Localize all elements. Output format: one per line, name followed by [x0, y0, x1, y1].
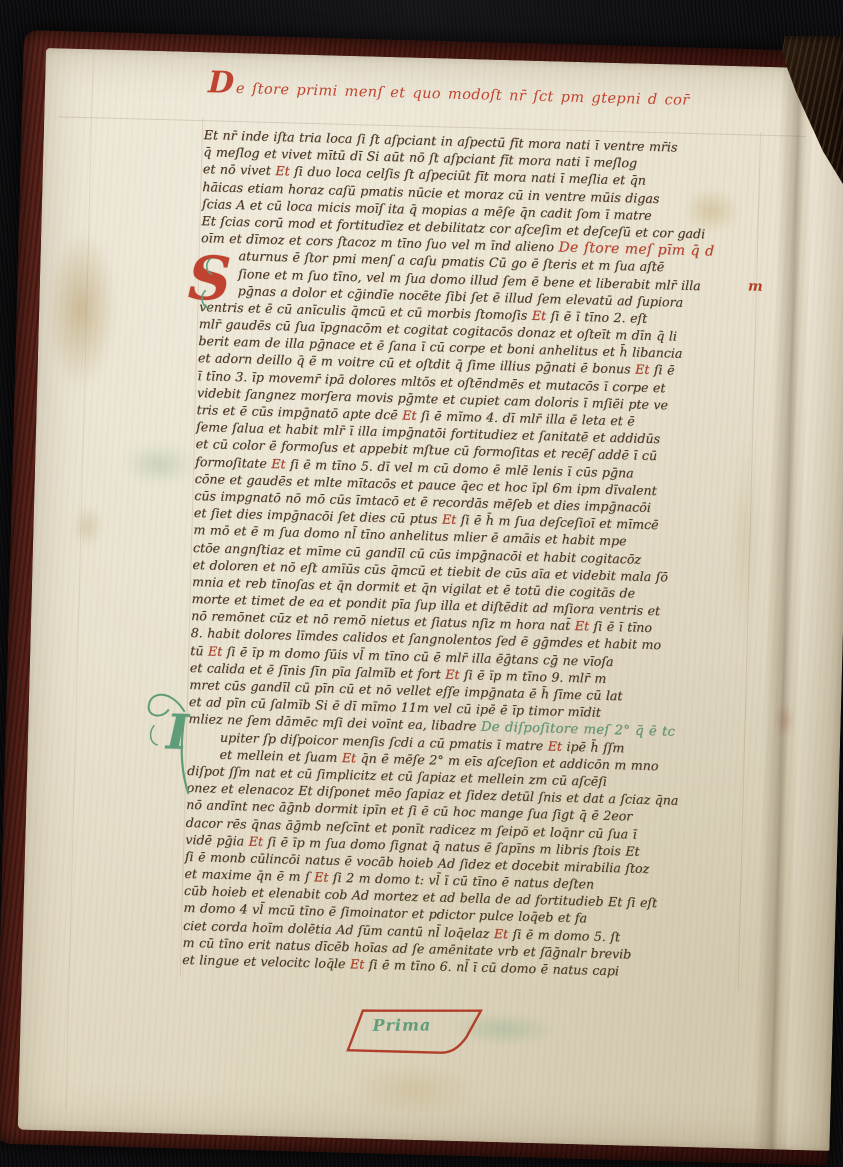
- stain: [71, 504, 104, 549]
- text-segment: et lingue et velocitc loq̄le: [182, 952, 350, 971]
- ruling-line: [65, 53, 94, 1109]
- rubric-segment: Et: [442, 512, 457, 527]
- rubric-segment: Et: [208, 643, 223, 658]
- text-segment: ipē h̄ ſſm: [562, 738, 625, 755]
- offset-smudge-green: [123, 442, 196, 486]
- text-block: Et nr̄ inde iſta tria loca ſi ſt aſpcian…: [182, 126, 766, 983]
- initial-saturn: S: [187, 242, 232, 317]
- rubric-segment: Et: [494, 926, 509, 941]
- rubric-segment: Et: [532, 308, 547, 323]
- rubric-segment: Et: [275, 163, 290, 178]
- stain: [43, 228, 119, 390]
- rubric-segment: Et: [575, 618, 590, 633]
- text-segment: ſi ē ī tīno: [589, 619, 652, 636]
- text-segment: ſi ē ī tīno 2. eſt: [546, 308, 648, 326]
- rubric-segment: Et: [548, 738, 563, 753]
- rubric-segment: Et: [635, 362, 650, 377]
- text-segment: ſi ē: [649, 362, 675, 378]
- rubric-segment: Et: [314, 869, 329, 884]
- photo-backdrop: De ſtore primi menſ et quo modoſt nr̄ ſc…: [0, 0, 843, 1167]
- rubric-segment: Et: [350, 956, 365, 971]
- catchword-text: Prima: [372, 1015, 431, 1036]
- stain: [346, 1062, 482, 1118]
- text-segment: tū: [190, 643, 208, 658]
- text-segment: et mellein et ſuam: [219, 747, 342, 765]
- catchword-banner: Prima: [338, 1004, 491, 1062]
- text-segment: et nō vivet: [203, 162, 276, 179]
- text-segment: vidē pḡia: [185, 832, 249, 849]
- text-segment: et maxime q̄n ē m ſ: [184, 866, 314, 884]
- rubric-segment: e ſtore primi menſ et quo modoſt nr̄ ſct…: [236, 81, 690, 109]
- text-segment: formoſitate: [195, 454, 271, 471]
- rubric-segment: Et: [445, 666, 460, 681]
- chapter-rubric: De ſtore primi menſ et quo modoſt nr̄ ſc…: [207, 66, 768, 125]
- text-segment: ſi ē m domo 5. ſt: [508, 926, 620, 944]
- rubric-segment: Et: [402, 407, 417, 422]
- initial-jupiter: I: [165, 703, 189, 762]
- rubric-segment: Et: [248, 833, 263, 848]
- paragraph-mark: m: [748, 278, 763, 294]
- manuscript-page: De ſtore primi menſ et quo modoſt nr̄ ſc…: [18, 48, 843, 1151]
- rubric-segment: Et: [271, 456, 286, 471]
- rubric-segment: Et: [342, 750, 357, 765]
- rubric-segment: D: [208, 65, 237, 101]
